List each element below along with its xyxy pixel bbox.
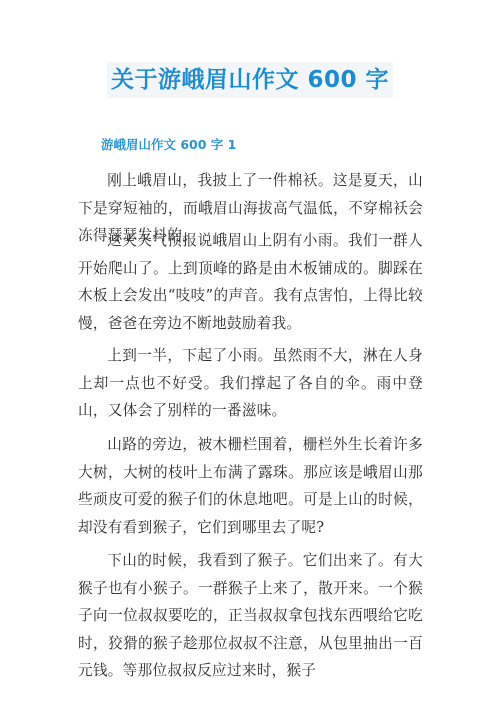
section-heading: 游峨眉山作文 600 字 1 — [101, 136, 236, 154]
paragraph: 下山的时候，我看到了猴子。它们出来了。有大猴子也有小猴子。一群猴子上来了，散开来… — [78, 547, 423, 685]
paragraph: 上到一半，下起了小雨。虽然雨不大，淋在人身上却一点也不好受。我们撑起了各自的伞。… — [78, 342, 423, 425]
paragraph: 这天天气预报说峨眉山上阴有小雨。我们一群人开始爬山了。上到顶峰的路是由木板铺成的… — [78, 227, 423, 337]
document-page: 关于游峨眉山作文 600 字 游峨眉山作文 600 字 1 刚上峨眉山，我披上了… — [0, 0, 500, 708]
page-title: 关于游峨眉山作文 600 字 — [107, 62, 393, 98]
paragraph: 山路的旁边，被木栅栏围着，栅栏外生长着许多大树，大树的枝叶上布满了露珠。那应该是… — [78, 431, 423, 541]
title-container: 关于游峨眉山作文 600 字 — [0, 62, 500, 98]
